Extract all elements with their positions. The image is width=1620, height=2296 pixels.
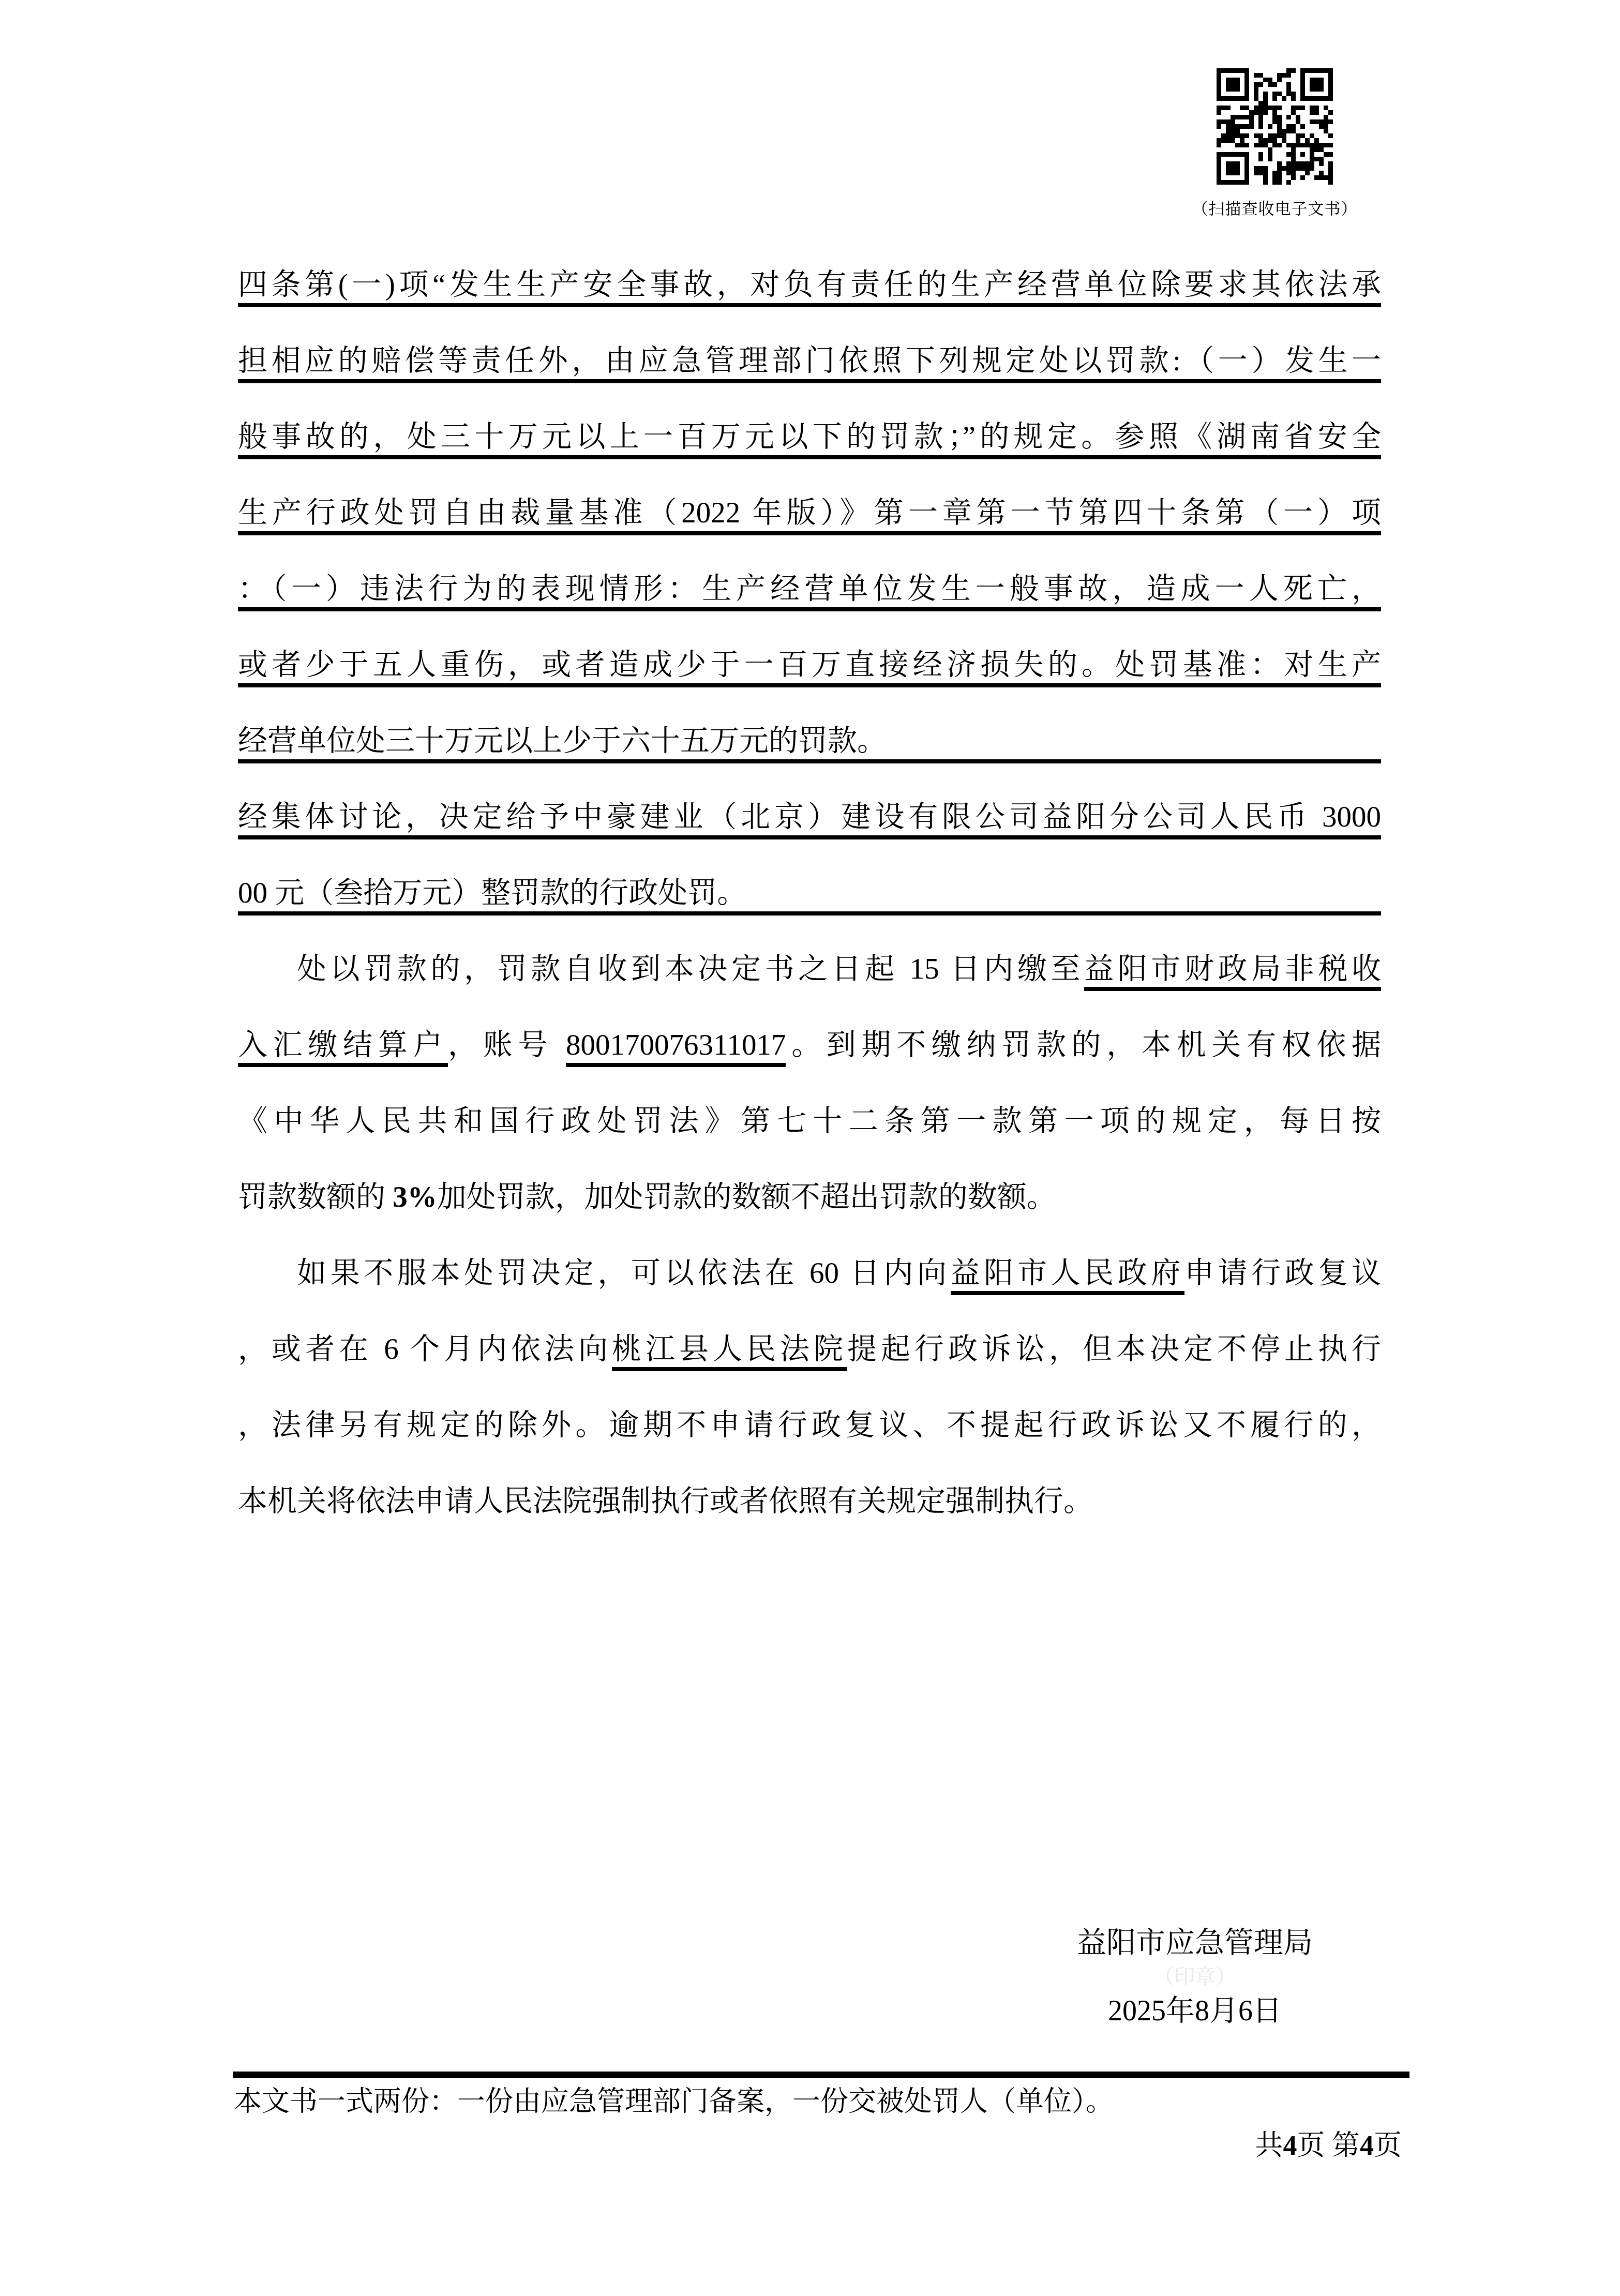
text-segment: 加处罚款，加处罚款的数额不超出罚款的数额。 [437,1181,1056,1213]
page-number-segment: 共 [1255,2130,1283,2161]
document-line: 般事故的，处三十万元以上一百万元以下的罚款；”的规定。参照《湖南省安全 [238,421,1381,497]
document-line: 入汇缴结算户，账号 800170076311017。到期不缴纳罚款的，本机关有权… [238,1029,1381,1105]
document-line: 如果不服本处罚决定，可以依法在 60 日内向益阳市人民政府申请行政复议 [238,1257,1381,1333]
text-segment: 申请行政复议 [1184,1257,1381,1289]
text-segment: 入汇缴结算户 [238,1029,448,1067]
page-number-segment: 页 [1374,2130,1402,2161]
page-number-segment: 页 第 [1297,2130,1360,2161]
document-page: （扫描查收电子文书） 四条第(一)项“发生生产安全事故，对负有责任的生产经营单位… [0,0,1620,2296]
text-segment: 3% [393,1181,437,1213]
document-line: 经集体讨论，决定给予中豪建业（北京）建设有限公司益阳分公司人民币 3000 [238,801,1381,877]
document-line: ：（一）违法行为的表现情形：生产经营单位发生一般事故，造成一人死亡， [238,573,1381,649]
text-segment: 担相应的赔偿等责任外，由应急管理部门依照下列规定处以罚款:（一）发生一 [238,344,1381,377]
text-segment: 800170076311017 [566,1029,786,1067]
document-line: 罚款数额的 3%加处罚款，加处罚款的数额不超出罚款的数额。 [238,1181,1381,1257]
document-line: 《中华人民共和国行政处罚法》第七十二条第一款第一项的规定，每日按 [238,1105,1381,1181]
text-segment: 处以罚款的，罚款自收到本决定书之日起 15 日内缴至 [297,953,1084,985]
qr-caption: （扫描查收电子文书） [1130,196,1420,219]
text-segment: 提起行政诉讼，但本决定不停止执行 [847,1333,1381,1365]
text-segment: 00 元（叁拾万元）整罚款的行政处罚。 [238,877,746,909]
text-segment: 益阳市人民政府 [951,1257,1184,1295]
text-segment: 《中华人民共和国行政处罚法》第七十二条第一款第一项的规定，每日按 [238,1105,1381,1137]
text-segment: 本机关将依法申请人民法院强制执行或者依照有关规定强制执行。 [238,1485,1093,1518]
footer-divider [233,2072,1409,2078]
document-body: 四条第(一)项“发生生产安全事故，对负有责任的生产经营单位除要求其依法承担相应的… [238,269,1381,1562]
text-segment: ：（一）违法行为的表现情形：生产经营单位发生一般事故，造成一人死亡， [238,573,1381,605]
page-number-segment: 4 [1283,2130,1297,2161]
qr-code [1217,68,1333,185]
text-segment: 经集体讨论，决定给予中豪建业（北京）建设有限公司益阳分公司人民币 3000 [238,801,1381,833]
document-line: 处以罚款的，罚款自收到本决定书之日起 15 日内缴至益阳市财政局非税收 [238,953,1381,1029]
document-line: 本机关将依法申请人民法院强制执行或者依照有关规定强制执行。 [238,1485,1381,1562]
document-line: 00 元（叁拾万元）整罚款的行政处罚。 [238,877,1381,953]
text-segment: ，账号 [448,1029,566,1061]
document-line: 生产行政处罚自由裁量基准（2022 年版）》第一章第一节第四十条第（一）项 [238,497,1381,573]
page-number-segment: 4 [1360,2130,1374,2161]
text-segment: 四条第(一)项“发生生产安全事故，对负有责任的生产经营单位除要求其依法承 [238,268,1381,301]
text-segment: 桃江县人民法院 [612,1333,847,1371]
issuing-authority: 益阳市应急管理局 [1009,1927,1381,1959]
text-segment: 般事故的，处三十万元以上一百万元以下的罚款；”的规定。参照《湖南省安全 [238,421,1381,453]
text-segment: ，或者在 6 个月内依法向 [238,1333,612,1365]
document-line: 四条第(一)项“发生生产安全事故，对负有责任的生产经营单位除要求其依法承 [238,269,1381,345]
document-line: 或者少于五人重伤，或者造成少于一百万直接经济损失的。处罚基准：对生产 [238,649,1381,725]
text-segment: 如果不服本处罚决定，可以依法在 60 日内向 [297,1257,951,1289]
text-segment: 生产行政处罚自由裁量基准（2022 年版）》第一章第一节第四十条第（一）项 [238,497,1381,529]
decision-date: 2025年8月6日 [1009,1995,1381,2027]
text-segment: 或者少于五人重伤，或者造成少于一百万直接经济损失的。处罚基准：对生产 [238,649,1381,681]
document-line: 经营单位处三十万元以上少于六十五万元的罚款。 [238,725,1381,801]
qr-modules [1217,68,1333,185]
footer-note: 本文书一式两份：一份由应急管理部门备案，一份交被处罚人（单位）。 [234,2086,1114,2117]
document-line: 担相应的赔偿等责任外，由应急管理部门依照下列规定处以罚款:（一）发生一 [238,345,1381,421]
page-number: 共4页 第4页 [238,2130,1402,2161]
text-segment: 罚款数额的 [238,1181,393,1213]
text-segment: 。到期不缴纳罚款的，本机关有权依据 [786,1029,1381,1061]
text-segment: 益阳市财政局非税收 [1084,953,1381,991]
signature-block: 益阳市应急管理局 （印章） 2025年8月6日 [1009,1927,1381,2027]
qr-block: （扫描查收电子文书） [1217,68,1333,185]
text-segment: ，法律另有规定的除外。逾期不申请行政复议、不提起行政诉讼又不履行的， [238,1409,1381,1442]
seal-placeholder: （印章） [1009,1965,1381,1988]
document-line: ，或者在 6 个月内依法向桃江县人民法院提起行政诉讼，但本决定不停止执行 [238,1333,1381,1409]
document-line: ，法律另有规定的除外。逾期不申请行政复议、不提起行政诉讼又不履行的， [238,1409,1381,1485]
text-segment: 经营单位处三十万元以上少于六十五万元的罚款。 [238,725,887,757]
